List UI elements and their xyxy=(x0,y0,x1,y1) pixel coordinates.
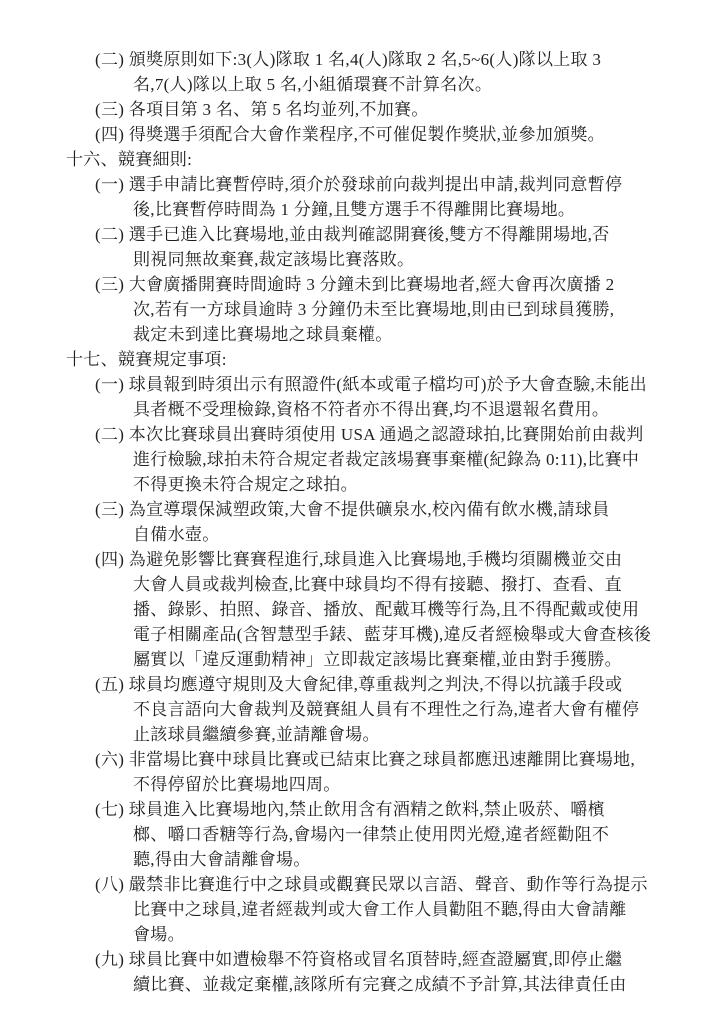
doc-line: (三) 大會廣播開賽時間逾時 3 分鐘未到比賽場地者,經大會再次廣播 2 xyxy=(95,272,684,297)
doc-line: 大會人員或裁判檢查,比賽中球員均不得有接聽、撥打、查看、直 xyxy=(133,572,684,597)
doc-line: (二) 頒獎原則如下:3(人)隊取 1 名,4(人)隊取 2 名,5~6(人)隊… xyxy=(95,47,684,72)
doc-line: (二) 本次比賽球員出賽時須使用 USA 通過之認證球拍,比賽開始前由裁判 xyxy=(95,422,684,447)
doc-line: 不得停留於比賽場地四周。 xyxy=(133,772,684,797)
doc-line: 續比賽、並裁定棄權,該隊所有完賽之成績不予計算,其法律責任由 xyxy=(133,972,684,997)
doc-line: (二) 選手已進入比賽場地,並由裁判確認開賽後,雙方不得離開場地,否 xyxy=(95,222,684,247)
doc-line: 次,若有一方球員逾時 3 分鐘仍未至比賽場地,則由已到球員獲勝, xyxy=(133,297,684,322)
doc-line: 聽,得由大會請離會場。 xyxy=(133,847,684,872)
doc-line: 不得更換未符合規定之球拍。 xyxy=(133,472,684,497)
doc-line: (一) 選手申請比賽暫停時,須介於發球前向裁判提出申請,裁判同意暫停 xyxy=(95,172,684,197)
doc-line: (三) 為宣導環保減塑政策,大會不提供礦泉水,校內備有飲水機,請球員 xyxy=(95,497,684,522)
doc-line: 比賽中之球員,違者經裁判或大會工作人員勸阻不聽,得由大會請離 xyxy=(133,897,684,922)
section-heading: 十六、競賽細則: xyxy=(66,147,684,172)
document-page: (二) 頒獎原則如下:3(人)隊取 1 名,4(人)隊取 2 名,5~6(人)隊… xyxy=(0,0,724,1024)
doc-line: (三) 各項目第 3 名、第 5 名均並列,不加賽。 xyxy=(95,97,684,122)
doc-line: 名,7(人)隊以上取 5 名,小組循環賽不計算名次。 xyxy=(133,72,684,97)
doc-line: 不良言語向大會裁判及競賽組人員有不理性之行為,違者大會有權停 xyxy=(133,697,684,722)
doc-line: 電子相關產品(含智慧型手錶、藍芽耳機),違反者經檢舉或大會查核後 xyxy=(133,622,684,647)
doc-line: 則視同無故棄賽,裁定該場比賽落敗。 xyxy=(133,247,684,272)
doc-line: 會場。 xyxy=(133,922,684,947)
doc-line: 屬實以「違反運動精神」立即裁定該場比賽棄權,並由對手獲勝。 xyxy=(133,647,684,672)
doc-line: 進行檢驗,球拍未符合規定者裁定該場賽事棄權(紀錄為 0:11),比賽中 xyxy=(133,447,684,472)
doc-line: 榔、嚼口香糖等行為,會場內一律禁止使用閃光燈,違者經勸阻不 xyxy=(133,822,684,847)
doc-line: (八) 嚴禁非比賽進行中之球員或觀賽民眾以言語、聲音、動作等行為提示 xyxy=(95,872,684,897)
doc-line: (四) 為避免影響比賽賽程進行,球員進入比賽場地,手機均須關機並交由 xyxy=(95,547,684,572)
doc-line: (九) 球員比賽中如遭檢舉不符資格或冒名頂替時,經查證屬實,即停止繼 xyxy=(95,947,684,972)
doc-line: (一) 球員報到時須出示有照證件(紙本或電子檔均可)於予大會查驗,未能出 xyxy=(95,372,684,397)
doc-line: 播、錄影、拍照、錄音、播放、配戴耳機等行為,且不得配戴或使用 xyxy=(133,597,684,622)
doc-line: 裁定未到達比賽場地之球員棄權。 xyxy=(133,322,684,347)
doc-line: (六) 非當場比賽中球員比賽或已結束比賽之球員都應迅速離開比賽場地, xyxy=(95,747,684,772)
doc-line: (五) 球員均應遵守規則及大會紀律,尊重裁判之判決,不得以抗議手段或 xyxy=(95,672,684,697)
doc-line: 自備水壺。 xyxy=(133,522,684,547)
section-heading: 十七、競賽規定事項: xyxy=(66,347,684,372)
doc-line: 具者概不受理檢錄,資格不符者亦不得出賽,均不退還報名費用。 xyxy=(133,397,684,422)
doc-line: 後,比賽暫停時間為 1 分鐘,且雙方選手不得離開比賽場地。 xyxy=(133,197,684,222)
doc-line: (七) 球員進入比賽場地內,禁止飲用含有酒精之飲料,禁止吸菸、嚼檳 xyxy=(95,797,684,822)
doc-line: 止該球員繼續參賽,並請離會場。 xyxy=(133,722,684,747)
doc-line: (四) 得獎選手須配合大會作業程序,不可催促製作獎狀,並參加頒獎。 xyxy=(95,122,684,147)
